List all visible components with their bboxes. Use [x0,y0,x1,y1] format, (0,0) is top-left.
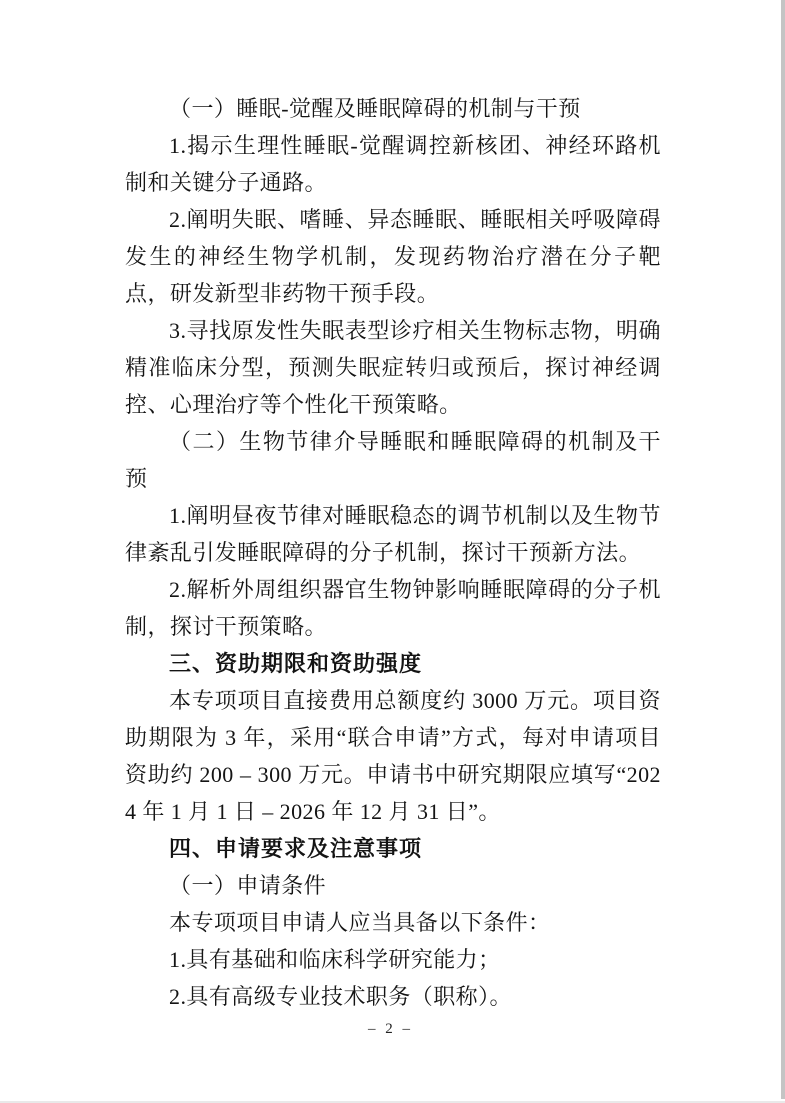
subsection-heading-sleep-wake: （一）睡眠-觉醒及睡眠障碍的机制与干预 [125,90,661,127]
subsection-heading-conditions: （一）申请条件 [125,867,661,904]
page-edge-right [781,0,785,1099]
section-heading-application: 四、申请要求及注意事项 [125,830,661,867]
paragraph-funding-details: 本专项项目直接费用总额度约 3000 万元。项目资助期限为 3 年，采用“联合申… [125,682,661,830]
item-2-sleep-wake: 2.阐明失眠、嗜睡、异态睡眠、睡眠相关呼吸障碍发生的神经生物学机制，发现药物治疗… [125,201,661,312]
paragraph-conditions-intro: 本专项项目申请人应当具备以下条件： [125,904,661,941]
item-1-biorhythm: 1.阐明昼夜节律对睡眠稳态的调节机制以及生物节律紊乱引发睡眠障碍的分子机制，探讨… [125,497,661,571]
page-number: – 2 – [0,1018,781,1040]
document-page: （一）睡眠-觉醒及睡眠障碍的机制与干预 1.揭示生理性睡眠-觉醒调控新核团、神经… [0,0,785,1103]
condition-item-2: 2.具有高级专业技术职务（职称）。 [125,978,661,1015]
section-heading-funding: 三、资助期限和资助强度 [125,645,661,682]
item-3-sleep-wake: 3.寻找原发性失眠表型诊疗相关生物标志物，明确精准临床分型，预测失眠症转归或预后… [125,312,661,423]
condition-item-1: 1.具有基础和临床科学研究能力； [125,941,661,978]
subsection-heading-biorhythm: （二）生物节律介导睡眠和睡眠障碍的机制及干预 [125,423,661,497]
item-1-sleep-wake: 1.揭示生理性睡眠-觉醒调控新核团、神经环路机制和关键分子通路。 [125,127,661,201]
document-body: （一）睡眠-觉醒及睡眠障碍的机制与干预 1.揭示生理性睡眠-觉醒调控新核团、神经… [125,90,661,1015]
item-2-biorhythm: 2.解析外周组织器官生物钟影响睡眠障碍的分子机制，探讨干预策略。 [125,571,661,645]
